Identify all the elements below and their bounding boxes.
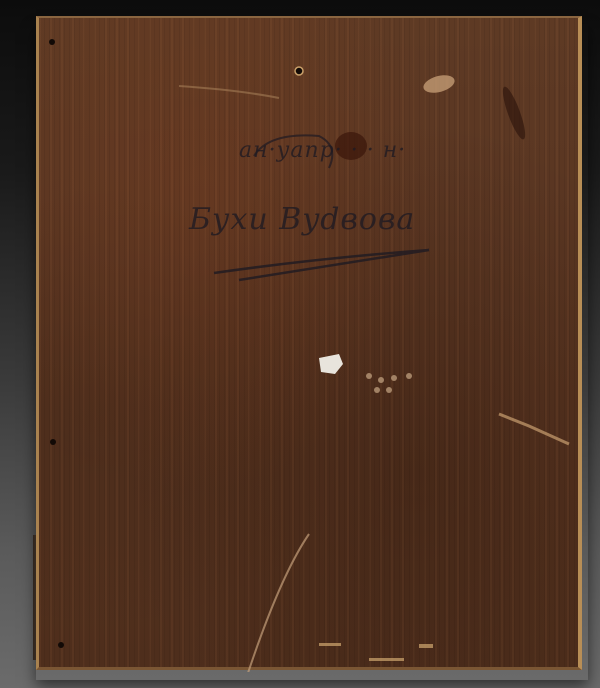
inscription-line-2: Бухи Bydвова [189, 202, 415, 237]
ink-flourish [214, 250, 429, 280]
scratch [245, 534, 309, 672]
wooden-panel: ан·уапр· · · н· Бухи Bydвова [36, 16, 582, 670]
nail-hole-icon [50, 439, 56, 445]
panel-markings [39, 18, 585, 672]
scratch [179, 86, 279, 98]
dark-streak [499, 85, 529, 142]
chip-marks [366, 373, 412, 393]
nail-hole-icon [58, 642, 64, 648]
paper-fragment [319, 354, 343, 374]
light-scuff [421, 72, 456, 96]
bottom-chips [319, 643, 433, 661]
nail-hole-icon [49, 39, 55, 45]
scratch [499, 414, 569, 444]
inscription-line-1: ан·уапр· · · н· [239, 138, 406, 163]
nail-hole-icon [295, 67, 303, 75]
